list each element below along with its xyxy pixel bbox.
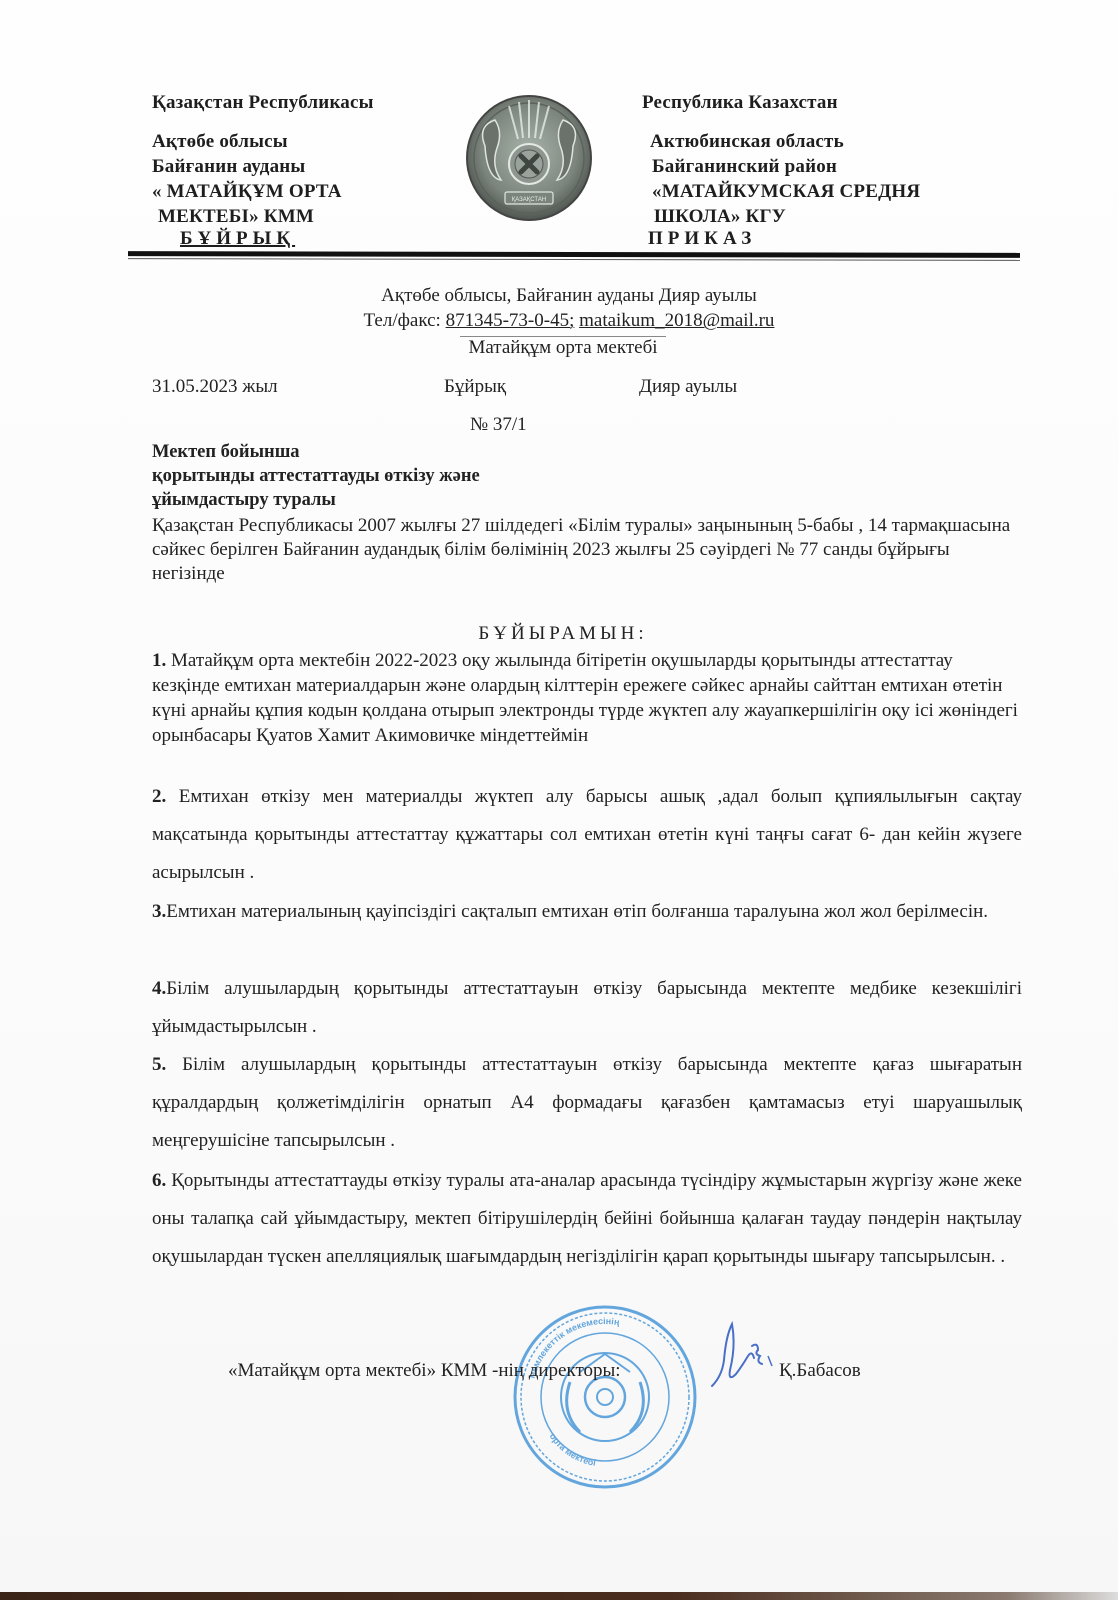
kazakhstan-state-emblem-icon: ҚАЗАҚСТАН (463, 86, 595, 234)
title-line-1: Мектеп бойынша (152, 440, 652, 464)
director-title: «Матайқұм орта мектебі» КММ -нің директо… (228, 1360, 621, 1382)
email-link[interactable]: mataikum_2018@mail.ru (579, 310, 774, 331)
legal-basis: Қазақстан Республикасы 2007 жылғы 27 шіл… (152, 514, 1022, 586)
item-text: Қорытынды аттестаттауды өткізу туралы ат… (152, 1170, 1022, 1267)
item-text: Білім алушылардың қорытынды аттестаттауы… (152, 978, 1022, 1037)
header-right-school-line1: «МАТАЙКУМСКАЯ СРЕДНЯ (652, 179, 920, 204)
header-left-district: Байғанин ауданы (152, 154, 374, 179)
director-name: Қ.Бабасов (779, 1360, 861, 1382)
spacer (152, 115, 374, 129)
order-item-4: 4.Білім алушылардың қорытынды аттестатта… (152, 970, 1022, 1046)
item-text: Емтихан материалының қауіпсіздігі сақтал… (166, 901, 988, 922)
item-number: 4. (152, 978, 166, 999)
address-line: Ақтөбе облысы, Байғанин ауданы Дияр ауыл… (0, 284, 1118, 308)
school-name: Матайқұм орта мектебі (460, 336, 665, 358)
header-right-school-line2: ШКОЛА» КГУ (654, 204, 920, 229)
header-left-school-line2: МЕКТЕБІ» КММ (152, 204, 374, 229)
header-left-doc-type: БҰЙРЫҚ (152, 229, 374, 249)
director-signature-icon (708, 1316, 778, 1396)
item-number: 3. (152, 901, 166, 922)
order-heading-text: БҰЙЫРАМЫН: (478, 623, 647, 644)
header-right-russian: Республика Казахстан Актюбинская область… (654, 90, 920, 249)
order-item-2: 2. Емтихан өткізу мен материалды жүктеп … (152, 778, 1022, 892)
header-left-school-line1: « МАТАЙҚҰМ ОРТА (152, 179, 374, 204)
order-type: Бұйрық (444, 376, 506, 398)
order-date: 31.05.2023 жыл (152, 376, 278, 398)
title-line-2: қорытынды аттестаттауды өткізу және (152, 464, 652, 488)
document-page: Қазақстан Республикасы Ақтөбе облысы Бай… (0, 0, 1118, 1600)
phone-label: Тел/факс: (364, 310, 446, 331)
order-item-6: 6. Қорытынды аттестаттауды өткізу туралы… (152, 1162, 1022, 1276)
order-item-5: 5. Білім алушылардың қорытынды аттестатт… (152, 1046, 1022, 1160)
item-text: Емтихан өткізу мен материалды жүктеп алу… (152, 786, 1022, 883)
svg-text:ҚАЗАҚСТАН: ҚАЗАҚСТАН (512, 197, 547, 203)
svg-text:орта мектебі: орта мектебі (548, 1431, 597, 1467)
order-number: № 37/1 (470, 414, 527, 436)
contact-line: Тел/факс: 871345-73-0-45; mataikum_2018@… (0, 309, 1118, 333)
item-number: 6. (152, 1170, 166, 1191)
title-line-3: ұйымдастыру туралы (152, 488, 652, 512)
order-item-3: 3.Емтихан материалының қауіпсіздігі сақт… (152, 893, 1022, 931)
item-text: Білім алушылардың қорытынды аттестаттауы… (152, 1054, 1022, 1151)
page-bottom-edge (0, 1592, 1118, 1600)
order-place: Дияр ауылы (639, 376, 737, 398)
header-right-region: Актюбинская область (650, 129, 920, 154)
official-round-stamp-icon: мемлекеттік мекемесінің орта мектебі (510, 1302, 700, 1492)
item-text: Матайқұм орта мектебін 2022-2023 оқу жыл… (152, 650, 1018, 746)
header-divider-thick (128, 251, 1020, 258)
header-right-country: Республика Казахстан (642, 90, 920, 115)
item-number: 2. (152, 786, 166, 807)
header-right-doc-type: ПРИКАЗ (648, 229, 920, 249)
phone-number: 871345-73-0-45; (446, 310, 575, 331)
school-name-line: Матайқұм орта мектебі (0, 336, 1118, 360)
order-item-1: 1. Матайқұм орта мектебін 2022-2023 оқу … (152, 648, 1022, 748)
header-left-country: Қазақстан Республикасы (152, 90, 374, 115)
header-right-district: Байганинский район (652, 154, 920, 179)
header-left-region: Ақтөбе облысы (152, 129, 374, 154)
order-heading: БҰЙЫРАМЫН: (0, 623, 1118, 645)
spacer (654, 115, 920, 129)
order-title: Мектеп бойынша қорытынды аттестаттауды ө… (152, 440, 652, 512)
header-divider-thin (128, 258, 1020, 261)
item-number: 5. (152, 1054, 166, 1075)
item-number: 1. (152, 650, 166, 671)
header-left-kazakh: Қазақстан Республикасы Ақтөбе облысы Бай… (152, 90, 374, 249)
